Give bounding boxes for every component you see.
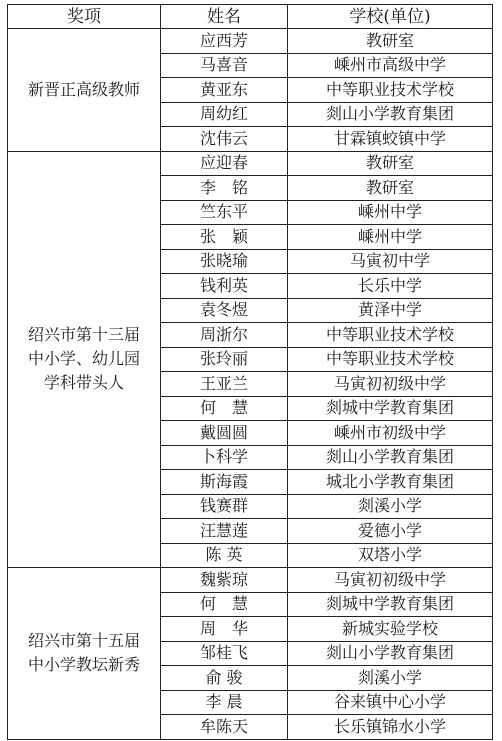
name-cell: 竺东平 bbox=[161, 200, 288, 225]
name-cell: 斯海霞 bbox=[161, 470, 288, 495]
name-cell: 张晓瑜 bbox=[161, 249, 288, 274]
school-cell: 嵊州中学 bbox=[288, 200, 493, 225]
school-cell: 剡溪小学 bbox=[288, 666, 493, 691]
name-cell: 周幼红 bbox=[161, 102, 288, 127]
school-cell: 教研室 bbox=[288, 29, 493, 54]
name-cell: 卜科学 bbox=[161, 445, 288, 470]
school-cell: 嵊州市高级中学 bbox=[288, 53, 493, 78]
school-cell: 黄泽中学 bbox=[288, 298, 493, 323]
name-cell: 应迎春 bbox=[161, 151, 288, 176]
name-cell: 李 铭 bbox=[161, 176, 288, 201]
name-cell: 邹桂飞 bbox=[161, 641, 288, 666]
school-cell: 谷来镇中心小学 bbox=[288, 690, 493, 715]
school-cell: 嵊州中学 bbox=[288, 225, 493, 250]
name-cell: 钱赛群 bbox=[161, 494, 288, 519]
name-cell: 袁冬煜 bbox=[161, 298, 288, 323]
name-cell: 马喜音 bbox=[161, 53, 288, 78]
school-cell: 马寅初中学 bbox=[288, 249, 493, 274]
school-cell: 马寅初初级中学 bbox=[288, 568, 493, 593]
school-cell: 城北小学教育集团 bbox=[288, 470, 493, 495]
school-cell: 教研室 bbox=[288, 176, 493, 201]
school-cell: 双塔小学 bbox=[288, 543, 493, 568]
school-cell: 剡城中学教育集团 bbox=[288, 396, 493, 421]
name-cell: 周 华 bbox=[161, 617, 288, 642]
school-cell: 剡山小学教育集团 bbox=[288, 445, 493, 470]
school-cell: 马寅初初级中学 bbox=[288, 372, 493, 397]
school-cell: 中等职业技术学校 bbox=[288, 347, 493, 372]
award-cell: 绍兴市第十三届中小学、幼儿园学科带头人 bbox=[8, 151, 161, 568]
awards-table: 奖项 姓名 学校(单位) 新晋正高级教师应西芳教研室马喜音嵊州市高级中学黄亚东中… bbox=[7, 4, 493, 740]
school-cell: 剡溪小学 bbox=[288, 494, 493, 519]
school-cell: 长乐镇锦水小学 bbox=[288, 715, 493, 740]
school-cell: 爱德小学 bbox=[288, 519, 493, 544]
school-cell: 嵊州市初级中学 bbox=[288, 421, 493, 446]
name-cell: 魏紫琼 bbox=[161, 568, 288, 593]
school-cell: 甘霖镇蛟镇中学 bbox=[288, 127, 493, 152]
name-cell: 张 颖 bbox=[161, 225, 288, 250]
header-school: 学校(单位) bbox=[288, 5, 493, 29]
school-cell: 剡城中学教育集团 bbox=[288, 592, 493, 617]
name-cell: 应西芳 bbox=[161, 29, 288, 54]
name-cell: 周浙尔 bbox=[161, 323, 288, 348]
table-row: 绍兴市第十三届中小学、幼儿园学科带头人应迎春教研室 bbox=[8, 151, 493, 176]
table-row: 绍兴市第十五届中小学教坛新秀魏紫琼马寅初初级中学 bbox=[8, 568, 493, 593]
header-row: 奖项 姓名 学校(单位) bbox=[8, 5, 493, 29]
name-cell: 黄亚东 bbox=[161, 78, 288, 103]
name-cell: 汪慧莲 bbox=[161, 519, 288, 544]
award-cell: 绍兴市第十五届中小学教坛新秀 bbox=[8, 568, 161, 740]
school-cell: 剡山小学教育集团 bbox=[288, 102, 493, 127]
name-cell: 戴圆圆 bbox=[161, 421, 288, 446]
school-cell: 教研室 bbox=[288, 151, 493, 176]
school-cell: 中等职业技术学校 bbox=[288, 78, 493, 103]
name-cell: 李 晨 bbox=[161, 690, 288, 715]
school-cell: 长乐中学 bbox=[288, 274, 493, 299]
name-cell: 钱利英 bbox=[161, 274, 288, 299]
name-cell: 沈伟云 bbox=[161, 127, 288, 152]
name-cell: 张玲丽 bbox=[161, 347, 288, 372]
header-award: 奖项 bbox=[8, 5, 161, 29]
name-cell: 俞 骏 bbox=[161, 666, 288, 691]
name-cell: 牟陈天 bbox=[161, 715, 288, 740]
name-cell: 王亚兰 bbox=[161, 372, 288, 397]
school-cell: 剡山小学教育集团 bbox=[288, 641, 493, 666]
school-cell: 新城实验学校 bbox=[288, 617, 493, 642]
table-body: 新晋正高级教师应西芳教研室马喜音嵊州市高级中学黄亚东中等职业技术学校周幼红剡山小… bbox=[8, 29, 493, 740]
header-name: 姓名 bbox=[161, 5, 288, 29]
name-cell: 陈 英 bbox=[161, 543, 288, 568]
table-row: 新晋正高级教师应西芳教研室 bbox=[8, 29, 493, 54]
award-cell: 新晋正高级教师 bbox=[8, 29, 161, 152]
name-cell: 何 慧 bbox=[161, 592, 288, 617]
name-cell: 何 慧 bbox=[161, 396, 288, 421]
school-cell: 中等职业技术学校 bbox=[288, 323, 493, 348]
